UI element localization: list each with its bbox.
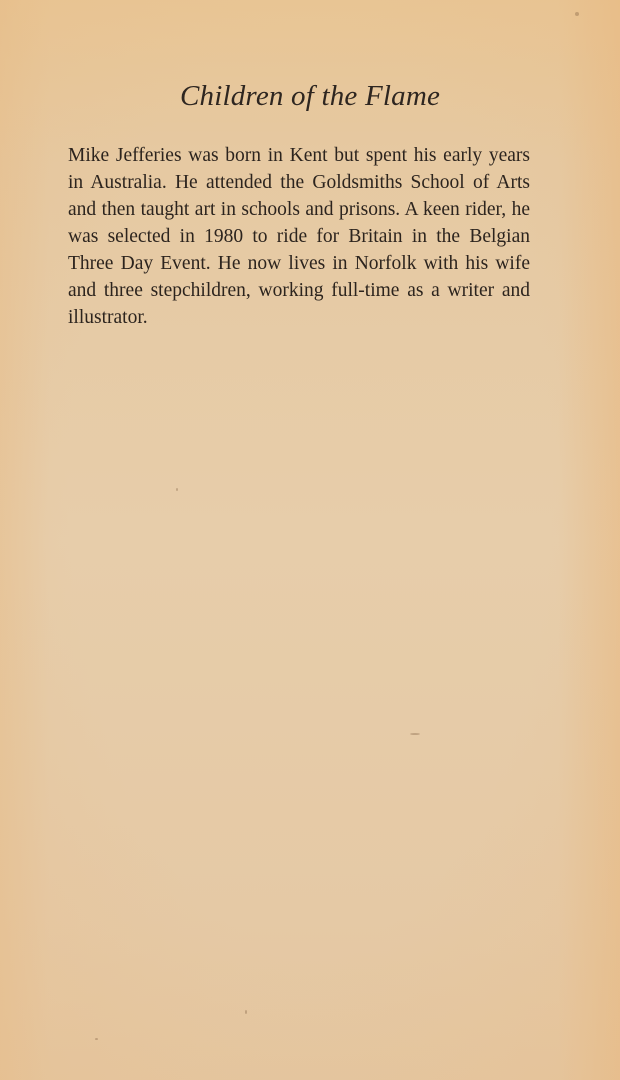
book-page: Children of the Flame Mike Jefferies was…	[0, 0, 620, 1080]
paper-speck	[176, 488, 178, 491]
paper-speck	[575, 12, 579, 16]
book-title: Children of the Flame	[0, 80, 620, 113]
author-biography: Mike Jefferies was born in Kent but spen…	[68, 142, 530, 331]
paper-speck	[245, 1010, 247, 1014]
paper-speck	[410, 733, 420, 735]
paper-speck	[95, 1038, 98, 1040]
